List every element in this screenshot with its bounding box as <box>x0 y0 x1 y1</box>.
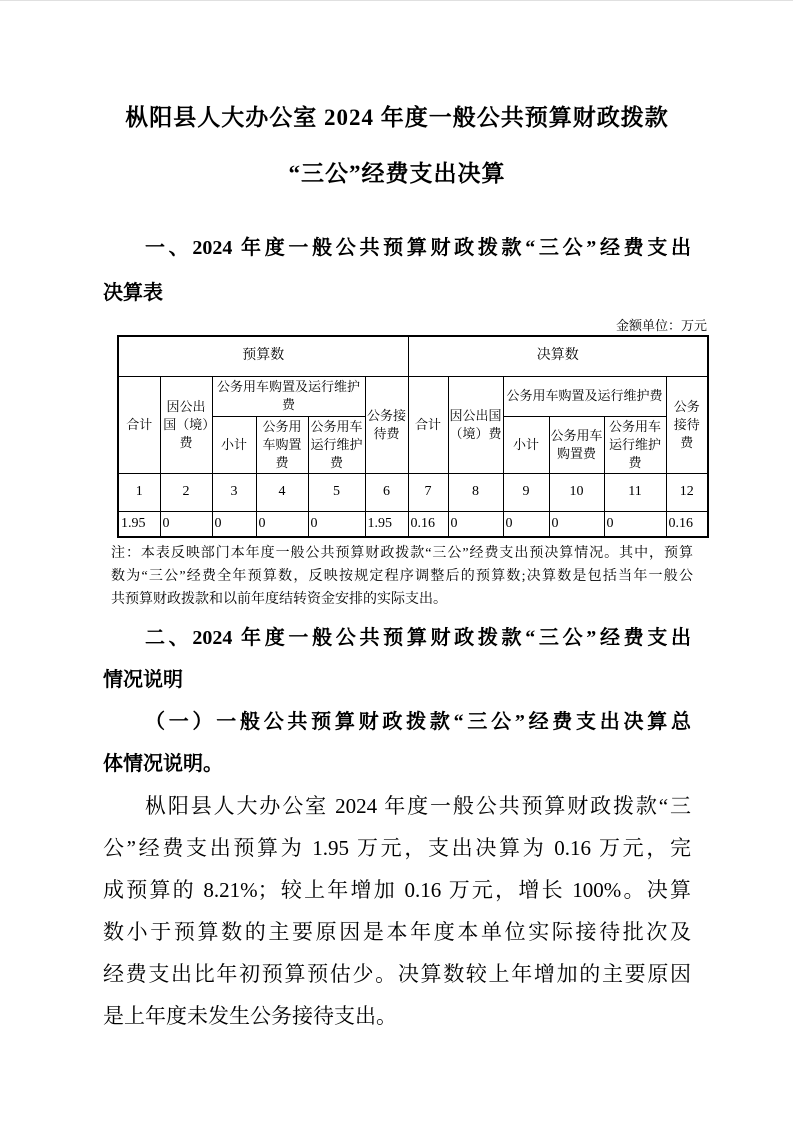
paragraph-line: 成预算的 8.21%；较上年增加 0.16 万元，增长 100%。决算 <box>103 869 691 911</box>
group-header-budget: 预算数 <box>118 336 408 376</box>
section2-subheading-line-1: （一）一般公共预算财政拨款“三公”经费支出决算总 <box>103 701 691 743</box>
value-cell-budget-maintenance: 0 <box>308 511 365 537</box>
value-cell-budget-reception: 1.95 <box>365 511 408 537</box>
column-number-cell: 4 <box>256 473 308 511</box>
note-line-3: 共预算财政拨款和以前年度结转资金安排的实际支出。 <box>111 588 693 611</box>
title-line-2: “三公”经费支出决算 <box>103 146 691 202</box>
body-paragraph: 枞阳县人大办公室 2024 年度一般公共预算财政拨款“三 公”经费支出预算为 1… <box>103 785 691 1037</box>
paragraph-line: 枞阳县人大办公室 2024 年度一般公共预算财政拨款“三 <box>103 785 691 827</box>
col-header-budget-purchase: 公务用车购置费 <box>256 416 308 473</box>
value-cell-budget-total: 1.95 <box>118 511 160 537</box>
section2-subheading-line-2: 体情况说明。 <box>103 743 691 785</box>
value-cell-final-maintenance: 0 <box>604 511 666 537</box>
note-line-1: 注：本表反映部门本年度一般公共预算财政拨款“三公”经费支出预决算情况。其中，预算 <box>111 542 693 565</box>
value-cell-budget-purchase: 0 <box>256 511 308 537</box>
title-line-1: 枞阳县人大办公室 2024 年度一般公共预算财政拨款 <box>103 90 691 146</box>
column-number-cell: 2 <box>160 473 212 511</box>
col-header-budget-total: 合计 <box>118 376 160 473</box>
value-cell-final-abroad: 0 <box>448 511 503 537</box>
value-cell-final-total: 0.16 <box>408 511 448 537</box>
value-cell-final-reception: 0.16 <box>666 511 708 537</box>
section1-heading: 一、2024 年度一般公共预算财政拨款“三公”经费支出 决算表 <box>103 226 691 316</box>
paragraph-line: 经费支出比年初预算预估少。决算数较上年增加的主要原因 <box>103 953 691 995</box>
value-cell-budget-abroad: 0 <box>160 511 212 537</box>
section2-heading-line-2: 情况说明 <box>103 659 691 701</box>
col-header-final-purchase: 公务用车购置费 <box>549 416 604 473</box>
section1-heading-line-1: 一、2024 年度一般公共预算财政拨款“三公”经费支出 <box>103 226 691 271</box>
column-number-cell: 6 <box>365 473 408 511</box>
col-header-budget-abroad: 因公出国（境）费 <box>160 376 212 473</box>
col-header-final-reception: 公务接待费 <box>666 376 708 473</box>
col-header-budget-vehicle-group: 公务用车购置及运行维护费 <box>212 376 365 416</box>
table-note: 注：本表反映部门本年度一般公共预算财政拨款“三公”经费支出预决算情况。其中，预算… <box>111 542 693 611</box>
col-header-budget-reception: 公务接待费 <box>365 376 408 473</box>
col-header-final-maintenance: 公务用车运行维护费 <box>604 416 666 473</box>
col-header-final-total: 合计 <box>408 376 448 473</box>
paragraph-line: 公”经费支出预算为 1.95 万元，支出决算为 0.16 万元，完 <box>103 827 691 869</box>
note-line-2: 数为“三公”经费全年预算数，反映按规定程序调整后的预算数;决算数是包括当年一般公 <box>111 565 693 588</box>
col-header-final-subtotal: 小计 <box>503 416 549 473</box>
section1-heading-line-2: 决算表 <box>103 271 691 316</box>
column-number-cell: 8 <box>448 473 503 511</box>
column-number-cell: 10 <box>549 473 604 511</box>
document-page: 枞阳县人大办公室 2024 年度一般公共预算财政拨款 “三公”经费支出决算 一、… <box>0 0 793 1122</box>
paragraph-line: 数小于预算数的主要原因是本年度本单位实际接待批次及 <box>103 911 691 953</box>
column-number-cell: 5 <box>308 473 365 511</box>
column-number-cell: 7 <box>408 473 448 511</box>
value-cell-budget-subtotal: 0 <box>212 511 256 537</box>
section2-heading: 二、2024 年度一般公共预算财政拨款“三公”经费支出 情况说明 <box>103 617 691 701</box>
section2-subheading: （一）一般公共预算财政拨款“三公”经费支出决算总 体情况说明。 <box>103 701 691 785</box>
column-number-cell: 9 <box>503 473 549 511</box>
section2-heading-line-1: 二、2024 年度一般公共预算财政拨款“三公”经费支出 <box>103 617 691 659</box>
column-number-cell: 1 <box>118 473 160 511</box>
page-content: 枞阳县人大办公室 2024 年度一般公共预算财政拨款 “三公”经费支出决算 一、… <box>0 90 793 1037</box>
amount-unit-label: 金额单位：万元 <box>103 317 707 335</box>
col-header-budget-maintenance: 公务用车运行维护费 <box>308 416 365 473</box>
three-public-expense-table: 预算数 决算数 合计 因公出国（境）费 公务用车购置及运行维护费 公务接待费 合… <box>117 335 709 538</box>
col-header-budget-subtotal: 小计 <box>212 416 256 473</box>
column-number-cell: 12 <box>666 473 708 511</box>
column-number-cell: 11 <box>604 473 666 511</box>
value-cell-final-subtotal: 0 <box>503 511 549 537</box>
col-header-final-vehicle-group: 公务用车购置及运行维护费 <box>503 376 666 416</box>
group-header-final: 决算数 <box>408 336 708 376</box>
value-cell-final-purchase: 0 <box>549 511 604 537</box>
col-header-final-abroad: 因公出国（境）费 <box>448 376 503 473</box>
document-title: 枞阳县人大办公室 2024 年度一般公共预算财政拨款 “三公”经费支出决算 <box>103 90 691 202</box>
paragraph-line: 是上年度未发生公务接待支出。 <box>103 995 691 1037</box>
column-number-cell: 3 <box>212 473 256 511</box>
